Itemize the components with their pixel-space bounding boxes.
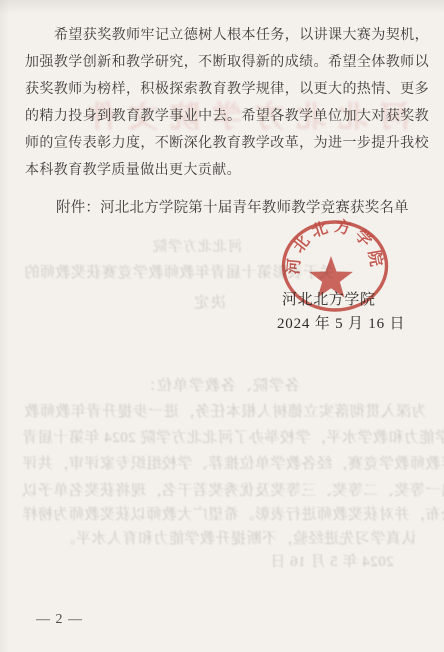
page-number: — 2 — — [36, 612, 83, 628]
paragraph-line: 加强教学创新和教学研究，不断取得新的成绩。希望全体教师以 — [25, 53, 429, 73]
attachment-line: 附件：河北北方学院第十届青年教师教学竞赛获奖名单 — [56, 196, 409, 217]
document-date: 2024 年 5 月 16 日 — [277, 312, 405, 333]
paragraph-line: 本科教育教学质量做出更大贡献。 — [25, 161, 429, 181]
bleedthrough-body-line: 年教师教学竞赛，经各教学单位推荐、学校组织专家评审，共评 — [22, 452, 444, 473]
bleedthrough-body-line: 为深入贯彻落实立德树人根本任务，进一步提升青年教师教 — [24, 400, 427, 421]
paragraph-line: 的精力投身到教育教学事业中去。希望各教学单位加大对获奖教 — [25, 107, 429, 127]
bleedthrough-body-line: 各学院、各教学单位： — [140, 374, 300, 395]
bleedthrough-body-line: 2024 年 5 月 16 日 — [270, 550, 394, 571]
bleedthrough-title-line: 决定 — [192, 291, 226, 312]
bleedthrough-body-line: 学能力和教学水平，学校举办了河北北方学院 2024 年第十届青 — [22, 426, 444, 447]
seal-arc-text: 河北北方学院 — [284, 218, 387, 275]
paragraph-line: 希望获奖教师牢记立德树人根本任务，以讲课大赛为契机， — [25, 26, 429, 46]
paragraph-line: 获奖教师为榜样，积极探索教育教学规律，以更大的热情、更多 — [25, 80, 429, 100]
issuer-name: 河北北方学院 — [282, 288, 378, 309]
scanned-document-page: 河北北方学院文件 希望获奖教师牢记立德树人根本任务，以讲课大赛为契机， 加强教学… — [0, 0, 444, 652]
bleedthrough-body-line: 公布，并对获奖教师进行表彰。希望广大教师以获奖教师为榜样 — [22, 503, 444, 524]
bleedthrough-body-line: 出一等奖、二等奖、三等奖及优秀奖若干名，现将获奖名单予以 — [22, 479, 444, 500]
bleedthrough-body-line: 认真学习先进经验，不断提升教学能力和育人水平。 — [60, 527, 417, 548]
bleedthrough-title-line: 河北北方学院 — [152, 236, 242, 256]
paragraph-line: 师的宣传表彰力度，不断深化教育教学改革，为进一步提升我校 — [25, 134, 429, 154]
